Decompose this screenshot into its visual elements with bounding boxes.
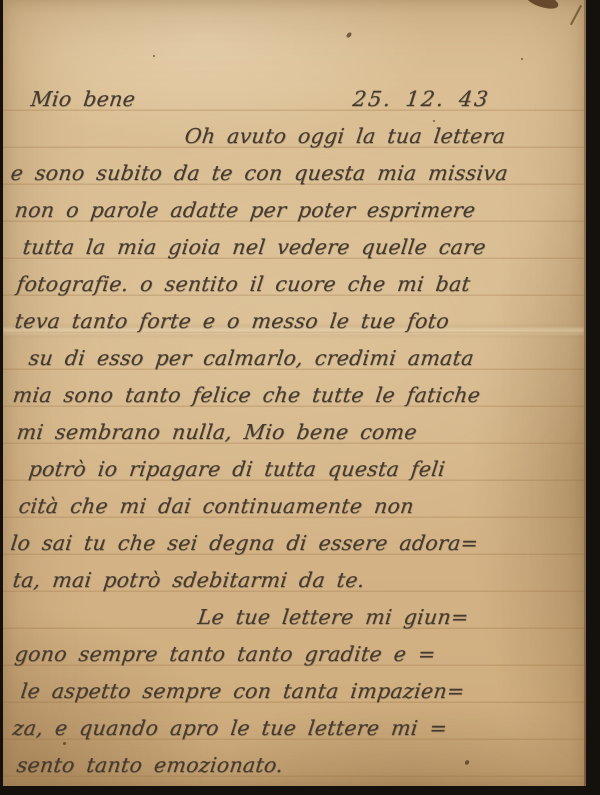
letter-salutation: Mio bene <box>29 87 136 111</box>
letter-line: za, e quando apro le tue lettere mi = <box>3 713 586 743</box>
scanned-letter-page: Mio bene 25. 12. 43 Oh avuto oggi la tua… <box>0 0 600 795</box>
letter-line: Oh avuto oggi la tua lettera <box>3 121 586 151</box>
letter-paper: Mio bene 25. 12. 43 Oh avuto oggi la tua… <box>3 0 586 786</box>
letter-line: potrò io ripagare di tutta questa feli <box>3 454 586 484</box>
letter-line: mi sembrano nulla, Mio bene come <box>3 417 586 447</box>
letter-line: e sono subito da te con questa mia missi… <box>3 158 586 188</box>
letter-text: Mio bene 25. 12. 43 Oh avuto oggi la tua… <box>3 0 584 786</box>
letter-line: ta, mai potrò sdebitarmi da te. <box>3 565 586 595</box>
letter-line: lo sai tu che sei degna di essere adora= <box>3 528 586 558</box>
letter-line: su di esso per calmarlo, credimi amata <box>3 343 586 373</box>
letter-line: Le tue lettere mi giun= <box>3 602 586 632</box>
letter-line: gono sempre tanto tanto gradite e = <box>3 639 586 669</box>
letter-line: cità che mi dai continuamente non <box>3 491 586 521</box>
letter-line: le aspetto sempre con tanta impazien= <box>3 676 586 706</box>
letter-greeting-row: Mio bene 25. 12. 43 <box>3 84 586 114</box>
letter-line: sento tanto emozionato. <box>3 750 586 780</box>
letter-line: tutta la mia gioia nel vedere quelle car… <box>3 232 586 262</box>
letter-line: teva tanto forte e o messo le tue foto <box>3 306 586 336</box>
letter-line: mia sono tanto felice che tutte le fatic… <box>3 380 586 410</box>
letter-line: non o parole adatte per poter esprimere <box>3 195 586 225</box>
letter-line: fotografie. o sentito il cuore che mi ba… <box>3 269 586 299</box>
letter-date: 25. 12. 43 <box>351 84 492 114</box>
